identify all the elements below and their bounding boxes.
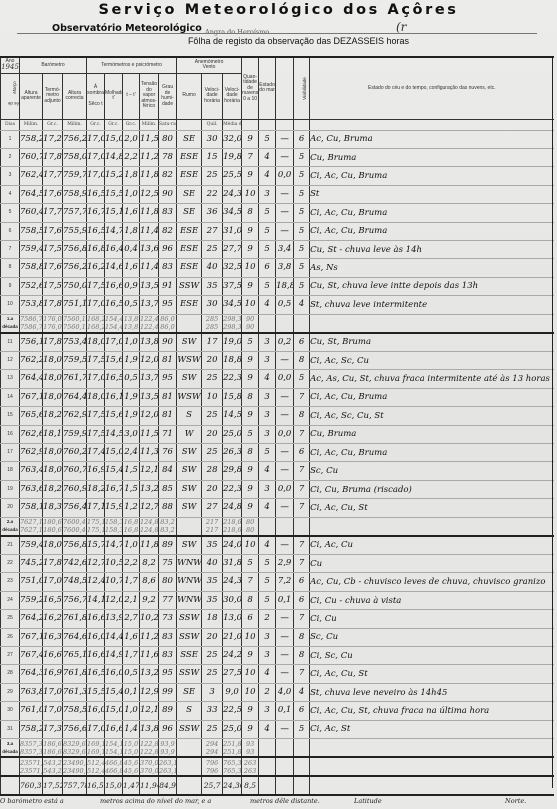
unit: Milím. xyxy=(140,119,159,130)
cell-vis: 6 xyxy=(294,333,310,352)
cell-cl: 10 xyxy=(242,683,259,701)
cell-bc: 751,19 xyxy=(63,296,87,314)
table-row: 16762,6018,1759,9317,514,53,011,571W2025… xyxy=(1,425,554,443)
cell-v1: 25 xyxy=(202,167,223,185)
cell-vis: 8 xyxy=(294,647,310,665)
summary-cell: 285285 xyxy=(202,314,223,333)
diff-header: t – t' xyxy=(123,73,140,119)
day-number: 14 xyxy=(1,388,20,406)
sky-description: St, chuva leve neveiro às 14h45 xyxy=(310,683,554,701)
cell-v2: 31,8 xyxy=(223,555,242,573)
cell-d: 0,1 xyxy=(123,683,140,701)
day-number: 30 xyxy=(1,702,20,720)
cell-t: 17,5 xyxy=(87,407,105,425)
summary-cell: 765,3765,3 xyxy=(223,757,242,776)
cell-sea: 3 xyxy=(259,351,276,369)
cell-bar: 764,20 xyxy=(20,610,43,628)
table-row: 24759,2516,5756,7914,112,02,19,277WNW353… xyxy=(1,591,554,609)
sky-description: Ci, Ac, St xyxy=(310,720,554,738)
summary-desc xyxy=(310,517,554,536)
sky-description: Sc, Cu xyxy=(310,462,554,480)
cell-sea: 3 xyxy=(259,647,276,665)
summary-cell: 186,6186,6 xyxy=(43,739,63,758)
mean-cell: 84,9 xyxy=(159,776,177,795)
unit xyxy=(259,119,276,130)
sky-description: Ci, Cu xyxy=(310,610,554,628)
cell-bar: 761,05 xyxy=(20,702,43,720)
cell-sea: 5 xyxy=(259,444,276,462)
cell-bt: 18,3 xyxy=(43,499,63,517)
cell-t: 16,7 xyxy=(87,204,105,222)
summary-cell xyxy=(259,314,276,333)
bar-height-header: Altura aparente xyxy=(20,73,43,119)
cell-cl: 9 xyxy=(242,480,259,498)
cell-t: 12,7 xyxy=(87,555,105,573)
cell-tw: 13,9 xyxy=(105,610,123,628)
cell-bt: 17,6 xyxy=(43,222,63,240)
cell-bt: 17,0 xyxy=(43,683,63,701)
cell-rain: — xyxy=(276,610,294,628)
cell-dir: SW xyxy=(177,480,202,498)
cell-t: 18,0 xyxy=(87,333,105,352)
north-label: Norte. xyxy=(505,797,526,805)
cell-bt: 16,6 xyxy=(43,647,63,665)
cell-t: 15,5 xyxy=(87,683,105,701)
cell-sea: 3 xyxy=(259,388,276,406)
cell-v2: 34,5 xyxy=(223,204,242,222)
table-row: 17762,9018,0760,2417,415,02,411,376SW252… xyxy=(1,444,554,462)
cell-rain: — xyxy=(276,720,294,738)
unit: Dias xyxy=(1,119,20,130)
cell-bar: 764,40 xyxy=(20,370,43,388)
cell-cl: 9 xyxy=(242,240,259,258)
humidity-header: Grau de humi-dade xyxy=(159,73,177,119)
cell-vp: 12,5 xyxy=(140,185,159,203)
cell-hum: 89 xyxy=(159,702,177,720)
cell-tw: 14,8 xyxy=(105,148,123,166)
unit xyxy=(294,119,310,130)
cell-tw: 15,6 xyxy=(105,407,123,425)
sky-description: Cu, Bruma xyxy=(310,148,554,166)
day-number: 2 xyxy=(1,148,20,166)
summary-cell xyxy=(276,517,294,536)
cell-bc: 758,07 xyxy=(63,148,87,166)
cell-sea: 6 xyxy=(259,259,276,277)
cell-v2: 24,8 xyxy=(223,499,242,517)
mean-cell: 760,37 xyxy=(20,776,43,795)
cell-v2: 24,3 xyxy=(223,573,242,591)
cell-cl: 9 xyxy=(242,499,259,517)
cell-vp: 13,2 xyxy=(140,665,159,683)
cell-v1: 25 xyxy=(202,720,223,738)
distance-note: metros dêle distante. xyxy=(250,797,320,805)
mean-cell: 25,7 xyxy=(202,776,223,795)
cell-bc: 756,81 xyxy=(63,240,87,258)
table-row: 11756,1017,8753,4818,017,01,013,890SW171… xyxy=(1,333,554,352)
sky-description: Ac, Cu, Bruma xyxy=(310,130,554,148)
cell-bt: 16,3 xyxy=(43,628,63,646)
cell-rain: — xyxy=(276,148,294,166)
cell-t: 16,5 xyxy=(87,222,105,240)
cell-v1: 25 xyxy=(202,444,223,462)
cell-cl: 10 xyxy=(242,185,259,203)
summary-cell: 23490,2323490,05 xyxy=(63,757,87,776)
cell-cl: 10 xyxy=(242,536,259,555)
cell-vis: 5 xyxy=(294,720,310,738)
day-number: 13 xyxy=(1,370,20,388)
cell-bar: 751,05 xyxy=(20,573,43,591)
cell-vp: 13,6 xyxy=(140,240,159,258)
cell-sea: 4 xyxy=(259,665,276,683)
cell-vp: 12,7 xyxy=(140,499,159,517)
day-number: 17 xyxy=(1,444,20,462)
cell-d: 1,6 xyxy=(123,628,140,646)
cell-tw: 10,7 xyxy=(105,573,123,591)
cell-bc: 760,79 xyxy=(63,462,87,480)
summary-cell xyxy=(177,757,202,776)
table-row: 3762,4017,7759,7917,015,21,811,882ESE252… xyxy=(1,167,554,185)
cell-bt: 17,7 xyxy=(43,167,63,185)
sheet-title: Fôlha de registo da observação das DEZAS… xyxy=(0,36,557,46)
cell-v1: 17 xyxy=(202,333,223,352)
cell-tw: 16,4 xyxy=(105,240,123,258)
cell-t: 18,0 xyxy=(87,388,105,406)
cell-cl: 9 xyxy=(242,222,259,240)
cell-rain: — xyxy=(276,628,294,646)
cell-cl: 9 xyxy=(242,130,259,148)
table-row: 6758,5017,6755,9016,514,71,811,482ESE273… xyxy=(1,222,554,240)
cell-bar: 759,25 xyxy=(20,591,43,609)
cell-d: 0,5 xyxy=(123,665,140,683)
unit: Milím. xyxy=(63,119,87,130)
table-row: 27767,4016,6765,1516,614,91,711,683SSE25… xyxy=(1,647,554,665)
unit: Quil. xyxy=(202,119,223,130)
cell-v2: 21,0 xyxy=(223,628,242,646)
cell-rain: — xyxy=(276,462,294,480)
observation-rows: 1758,2517,2756,2017,015,02,011,580SE3032… xyxy=(1,130,554,795)
cell-v1: 36 xyxy=(202,204,223,222)
cell-vis: 7 xyxy=(294,665,310,683)
cell-v1: 35 xyxy=(202,573,223,591)
cell-cl: 8 xyxy=(242,388,259,406)
cell-tw: 17,0 xyxy=(105,333,123,352)
cell-hum: 83 xyxy=(159,204,177,222)
cell-d: 1,0 xyxy=(123,702,140,720)
cell-d: 2,2 xyxy=(123,555,140,573)
cell-bar: 764,55 xyxy=(20,185,43,203)
summary-cell xyxy=(276,314,294,333)
year-header: Ano1945 xyxy=(1,57,20,73)
day-number: 4 xyxy=(1,185,20,203)
cell-t: 17,0 xyxy=(87,167,105,185)
cell-bar: 764,30 xyxy=(20,665,43,683)
cell-hum: 96 xyxy=(159,240,177,258)
sea-state-header: Estado do mar xyxy=(259,57,276,119)
cell-hum: 81 xyxy=(159,388,177,406)
cell-t: 16,6 xyxy=(87,647,105,665)
cell-tw: 14,6 xyxy=(105,259,123,277)
cell-rain: — xyxy=(276,388,294,406)
sky-description: Cu, St, Bruma xyxy=(310,333,554,352)
cell-t: 16,2 xyxy=(87,259,105,277)
cell-cl: 10 xyxy=(242,665,259,683)
unit xyxy=(242,119,259,130)
cell-bt: 18,0 xyxy=(43,388,63,406)
table-row: 1758,2517,2756,2017,015,02,011,580SE3032… xyxy=(1,130,554,148)
sky-description: St xyxy=(310,185,554,203)
cell-hum: 89 xyxy=(159,536,177,555)
cell-rain: 2,9 xyxy=(276,555,294,573)
table-row: 14767,1518,0764,4918,016,11,913,581WSW10… xyxy=(1,388,554,406)
cell-hum: 83 xyxy=(159,647,177,665)
summary-cell: 9393 xyxy=(242,739,259,758)
mean-cell: 8,5 xyxy=(242,776,259,795)
cell-vis: 8 xyxy=(294,628,310,646)
cell-cl: 9 xyxy=(242,462,259,480)
cell-vp: 13,8 xyxy=(140,333,159,352)
cell-v1: 18 xyxy=(202,610,223,628)
cell-d: 0,4 xyxy=(123,240,140,258)
cell-t: 17,4 xyxy=(87,444,105,462)
table-row: 21759,4018,0756,8015,714,71,011,889SW352… xyxy=(1,536,554,555)
cell-dir: SE xyxy=(177,683,202,701)
cell-v1: 40 xyxy=(202,259,223,277)
summary-cell: 8357,358357,35 xyxy=(20,739,43,758)
cell-tw: 16,0 xyxy=(105,665,123,683)
unit: Milím. xyxy=(20,119,43,130)
summary-cell: 263,1263,1 xyxy=(159,757,177,776)
cell-vp: 11,2 xyxy=(140,628,159,646)
cell-bt: 17,7 xyxy=(43,204,63,222)
cell-v2: 32,0 xyxy=(223,130,242,148)
decade-summary-row: 23571,1523571,15543,2543,223490,2323490,… xyxy=(1,757,554,776)
summary-cell: 7627,107627,10 xyxy=(20,517,43,536)
day-number: 8 xyxy=(1,259,20,277)
cell-d: 1,6 xyxy=(123,204,140,222)
summary-cell: 543,2543,2 xyxy=(43,757,63,776)
summary-cell: 158,3158,3 xyxy=(105,517,123,536)
cell-vp: 9,2 xyxy=(140,591,159,609)
cell-sea: 3 xyxy=(259,480,276,498)
cell-d: 1,9 xyxy=(123,388,140,406)
cell-hum: 85 xyxy=(159,480,177,498)
cell-rain: — xyxy=(276,536,294,555)
cell-sea: 5 xyxy=(259,591,276,609)
cell-sea: 2 xyxy=(259,610,276,628)
summary-cell: 512,4512,4 xyxy=(87,757,105,776)
day-number: 29 xyxy=(1,683,20,701)
cell-hum: 99 xyxy=(159,683,177,701)
cell-t: 17,5 xyxy=(87,277,105,295)
cell-v2: 34,5 xyxy=(223,296,242,314)
summary-cell: 122,8122,8 xyxy=(140,739,159,758)
cell-dir: WSW xyxy=(177,351,202,369)
cell-tw: 15,4 xyxy=(105,462,123,480)
cell-bar: 760,70 xyxy=(20,148,43,166)
cell-bt: 17,8 xyxy=(43,333,63,352)
barometer-header: Barómetro xyxy=(20,57,87,73)
cell-vis: 5 xyxy=(294,185,310,203)
cell-vp: 11,3 xyxy=(140,444,159,462)
cell-hum: 95 xyxy=(159,296,177,314)
table-row: 30761,0517,0758,5316,015,01,012,189S3322… xyxy=(1,702,554,720)
summary-cell: 218,6218,6 xyxy=(223,517,242,536)
day-number: 9 xyxy=(1,277,20,295)
cell-bt: 17,8 xyxy=(43,148,63,166)
day-number: 25 xyxy=(1,610,20,628)
table-row: 5760,4017,7757,7916,715,11,611,883SE3634… xyxy=(1,204,554,222)
cell-vp: 12,1 xyxy=(140,702,159,720)
cell-vp: 11,8 xyxy=(140,536,159,555)
cell-vp: 11,6 xyxy=(140,647,159,665)
cell-d: 1,0 xyxy=(123,185,140,203)
cell-vp: 11,8 xyxy=(140,167,159,185)
summary-cell: 175,1175,1 xyxy=(87,517,105,536)
table-row: 31758,2017,3756,6317,016,61,413,896SSW25… xyxy=(1,720,554,738)
cell-tw: 14,7 xyxy=(105,222,123,240)
cell-bc: 755,90 xyxy=(63,222,87,240)
month-header: Mês de Março xyxy=(1,73,20,119)
cell-bar: 753,80 xyxy=(20,296,43,314)
cell-vis: 7 xyxy=(294,388,310,406)
cell-t: 17,0 xyxy=(87,720,105,738)
sky-description: Sc, Cu xyxy=(310,628,554,646)
mean-cell: 24,30 xyxy=(223,776,242,795)
cell-bc: 765,15 xyxy=(63,647,87,665)
cell-tw: 16,5 xyxy=(105,296,123,314)
cell-sea: 5 xyxy=(259,277,276,295)
cell-v2: 22,3 xyxy=(223,370,242,388)
summary-desc xyxy=(310,757,554,776)
cell-tw: 15,0 xyxy=(105,444,123,462)
cell-v2: 9,0 xyxy=(223,683,242,701)
mean-desc xyxy=(310,776,554,795)
decade-label xyxy=(1,757,20,776)
cell-cl: 6 xyxy=(242,610,259,628)
cell-v1: 25 xyxy=(202,407,223,425)
cell-v1: 28 xyxy=(202,462,223,480)
cell-bt: 18,2 xyxy=(43,407,63,425)
cell-d: 1,8 xyxy=(123,222,140,240)
day-number: 26 xyxy=(1,628,20,646)
cell-bar: 762,40 xyxy=(20,167,43,185)
cell-v1: 25 xyxy=(202,647,223,665)
cell-dir: SW xyxy=(177,444,202,462)
cell-dir: SW xyxy=(177,536,202,555)
cell-dir: SW xyxy=(177,462,202,480)
dry-header: À sombraSêco t xyxy=(87,73,105,119)
table-right-border xyxy=(552,56,553,788)
speed-header: Veloci-dade horária xyxy=(202,73,223,119)
cell-t: 16,0 xyxy=(87,702,105,720)
cell-hum: 81 xyxy=(159,407,177,425)
day-number: 10 xyxy=(1,296,20,314)
cell-sea: 3 xyxy=(259,702,276,720)
cell-tw: 16,5 xyxy=(105,370,123,388)
cell-v2: 13,0 xyxy=(223,610,242,628)
cell-bc: 761,31 xyxy=(63,683,87,701)
mean-cell xyxy=(259,776,276,795)
cell-v2: 37,5 xyxy=(223,277,242,295)
cell-bt: 18,0 xyxy=(43,536,63,555)
cell-cl: 9 xyxy=(242,702,259,720)
cell-t: 15,7 xyxy=(87,536,105,555)
cell-hum: 88 xyxy=(159,499,177,517)
header-rule xyxy=(17,33,537,34)
cell-bt: 18,0 xyxy=(43,444,63,462)
cell-tw: 14,5 xyxy=(105,425,123,443)
summary-cell: 217217 xyxy=(202,517,223,536)
cell-bc: 756,20 xyxy=(63,259,87,277)
means-label xyxy=(1,776,20,795)
summary-cell: 45,645,6 xyxy=(123,757,140,776)
cell-bc: 756,80 xyxy=(63,536,87,555)
cell-tw: 16,1 xyxy=(105,388,123,406)
cell-vis: 7 xyxy=(294,610,310,628)
anemometer-header: AnemómetroVento xyxy=(177,57,242,73)
cell-t: 17,0 xyxy=(87,148,105,166)
cell-tw: 15,0 xyxy=(105,702,123,720)
cell-rain: — xyxy=(276,647,294,665)
cell-v1: 10 xyxy=(202,388,223,406)
observation-sheet: Serviço Meteorológico dos Açôres Observa… xyxy=(0,0,557,809)
summary-desc xyxy=(310,739,554,758)
cell-v1: 25 xyxy=(202,240,223,258)
cell-vis: 7 xyxy=(294,536,310,555)
summary-cell: 294294 xyxy=(202,739,223,758)
day-number: 22 xyxy=(1,555,20,573)
cell-dir: SW xyxy=(177,499,202,517)
day-number: 23 xyxy=(1,573,20,591)
cell-v2: 25,0 xyxy=(223,720,242,738)
cell-bt: 17,0 xyxy=(43,702,63,720)
cell-d: 2,2 xyxy=(123,148,140,166)
cell-bar: 758,20 xyxy=(20,720,43,738)
cell-v1: 25 xyxy=(202,370,223,388)
summary-cell xyxy=(177,517,202,536)
cell-vp: 12,0 xyxy=(140,351,159,369)
cell-v1: 3 xyxy=(202,683,223,701)
sky-description: Ci, Ac, Cu, Bruma xyxy=(310,388,554,406)
cell-bc: 758,53 xyxy=(63,702,87,720)
unit: Gr.c. xyxy=(123,119,140,130)
cell-vp: 11,2 xyxy=(140,148,159,166)
cell-bar: 765,60 xyxy=(20,407,43,425)
summary-cell: 93,993,9 xyxy=(159,739,177,758)
table-row: 9752,6017,5750,0317,516,60,913,591SSW353… xyxy=(1,277,554,295)
rain-header: Chuva das 9 horas às 16 horas xyxy=(276,57,294,119)
above-sea-note: metros acima do nível do mar, e a xyxy=(100,797,211,805)
cell-tw: 14,4 xyxy=(105,628,123,646)
summary-cell: 13,813,8 xyxy=(123,314,140,333)
summary-cell xyxy=(294,739,310,758)
cell-bc: 764,69 xyxy=(63,628,87,646)
summary-cell: 466,8466,8 xyxy=(105,757,123,776)
cell-v2: 27,5 xyxy=(223,665,242,683)
units-row: Dias Milím. Gr.c. Milím. Gr.c. Gr.c. Gr.… xyxy=(1,119,554,130)
cell-cl: 8 xyxy=(242,204,259,222)
cell-d: 1,7 xyxy=(123,647,140,665)
cell-bc: 759,79 xyxy=(63,167,87,185)
cell-sea: 4 xyxy=(259,536,276,555)
cell-vp: 13,5 xyxy=(140,277,159,295)
cell-tw: 15,0 xyxy=(105,130,123,148)
mean-cell: 15,06 xyxy=(105,776,123,795)
summary-cell xyxy=(259,739,276,758)
cell-hum: 80 xyxy=(159,573,177,591)
cell-t: 17,0 xyxy=(87,370,105,388)
cell-v2: 25,0 xyxy=(223,425,242,443)
